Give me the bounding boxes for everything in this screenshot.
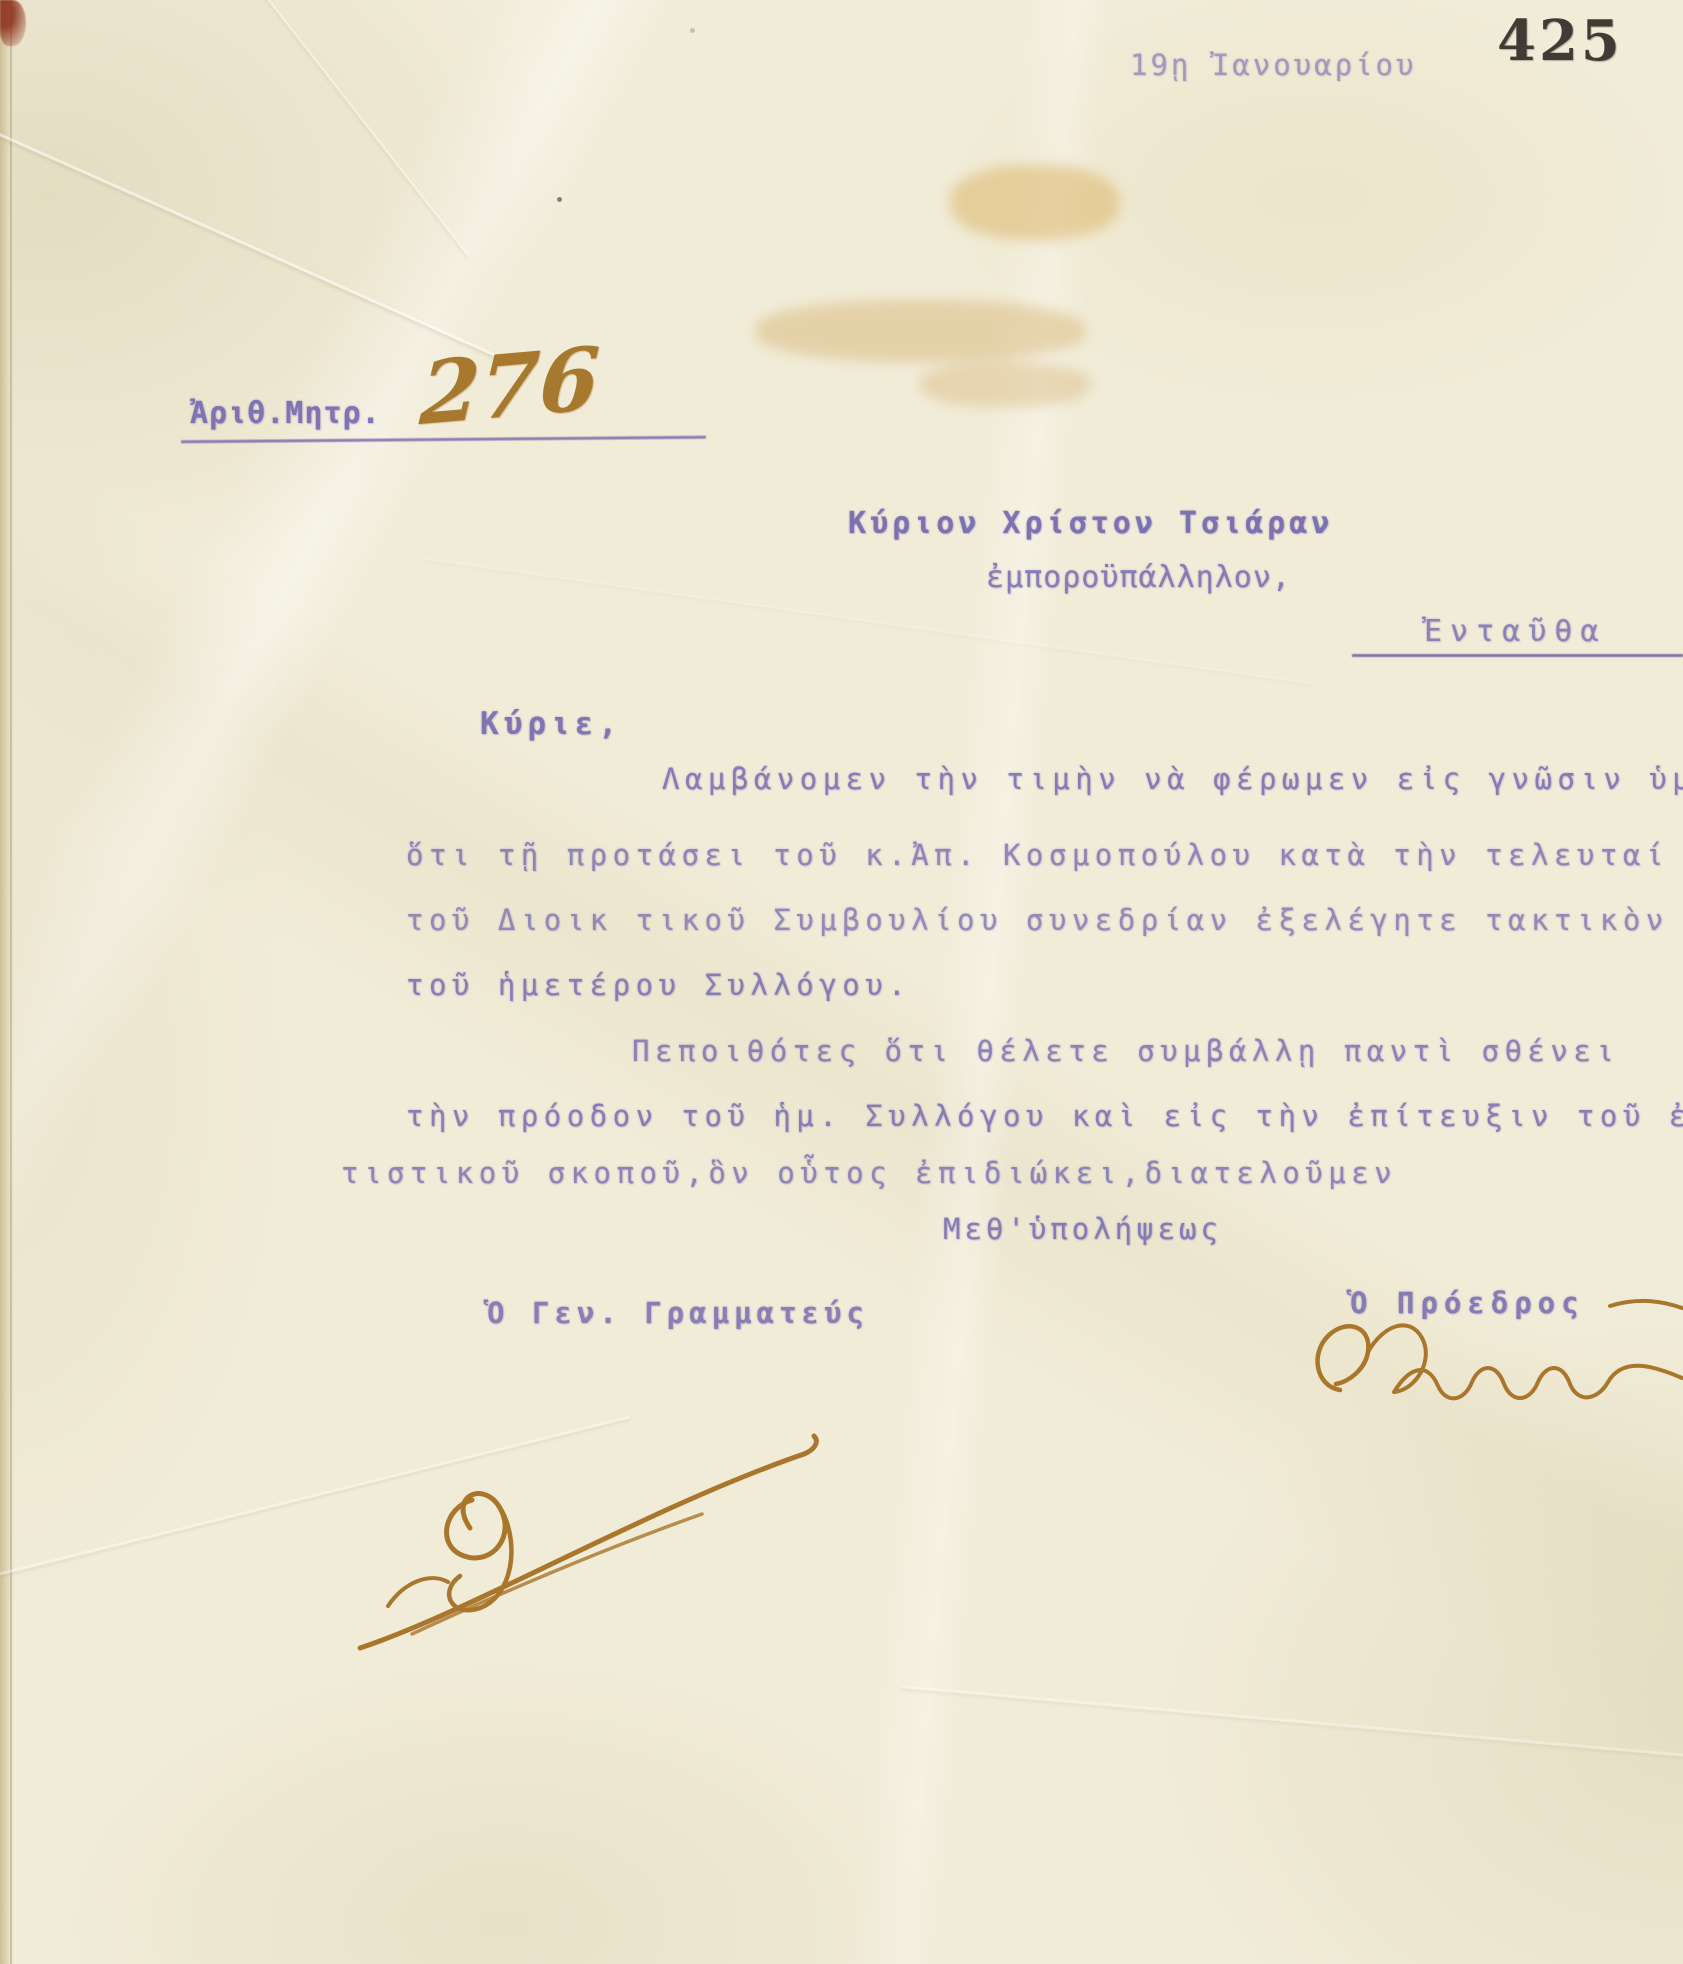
letter-date: 19ῃ Ἰανουαρίου: [1130, 48, 1416, 82]
body-line: τιστικοῦ σκοποῦ,ὃν οὗτος ἐπιδιώκει,διατε…: [341, 1156, 1397, 1190]
secretary-signature: [352, 1396, 832, 1661]
salutation: Κύριε,: [480, 706, 622, 742]
paper-crease: [0, 126, 496, 357]
recipient-location: Ἐνταῦθα: [1424, 614, 1606, 649]
corner-ink-mark: [0, 0, 26, 46]
recipient-occupation: ἐμποροϋπάλληλον,: [986, 560, 1291, 595]
paper-edge-line: [10, 0, 12, 1964]
ink-speck: [690, 28, 695, 33]
location-underline: [1352, 654, 1683, 657]
registry-number: 276: [418, 328, 602, 446]
president-signature: [1288, 1294, 1683, 1454]
body-line: Λαμβάνομεν τὴν τιμὴν νὰ φέρωμεν εἰς γνῶσ…: [662, 762, 1683, 796]
scanned-letter-page: 425 19ῃ Ἰανουαρίου Ἀριθ.Μητρ. 276 Κύριον…: [0, 0, 1683, 1964]
secretary-title: Ὁ Γεν. Γραμματεύς: [487, 1296, 869, 1330]
paper-crease: [901, 1685, 1683, 1758]
paper-stain: [920, 362, 1090, 407]
paper-crease: [210, 0, 470, 257]
body-line: τὴν πρόοδον τοῦ ἡμ. Συλλόγου καὶ εἰς τὴν…: [406, 1099, 1683, 1133]
body-line: τοῦ ἡμετέρου Συλλόγου.: [406, 968, 911, 1002]
body-line: ὅτι τῇ προτάσει τοῦ κ.Ἀπ. Κοσμοπούλου κα…: [406, 838, 1669, 872]
closing-formula: Μεθ'ὑπολήψεως: [943, 1212, 1222, 1246]
page-number: 425: [1497, 8, 1623, 74]
paper-stain: [950, 165, 1120, 240]
ink-speck: [557, 197, 562, 202]
paper-stain: [755, 300, 1085, 362]
recipient-name: Κύριον Χρίστον Τσιάραν: [848, 506, 1333, 541]
body-line: Πεποιθότες ὅτι θέλετε συμβάλλῃ παντὶ σθέ…: [632, 1034, 1619, 1068]
body-line: τοῦ Διοικ τικοῦ Συμβουλίου συνεδρίαν ἐξε…: [406, 903, 1669, 937]
registry-label: Ἀριθ.Μητρ.: [190, 396, 381, 431]
